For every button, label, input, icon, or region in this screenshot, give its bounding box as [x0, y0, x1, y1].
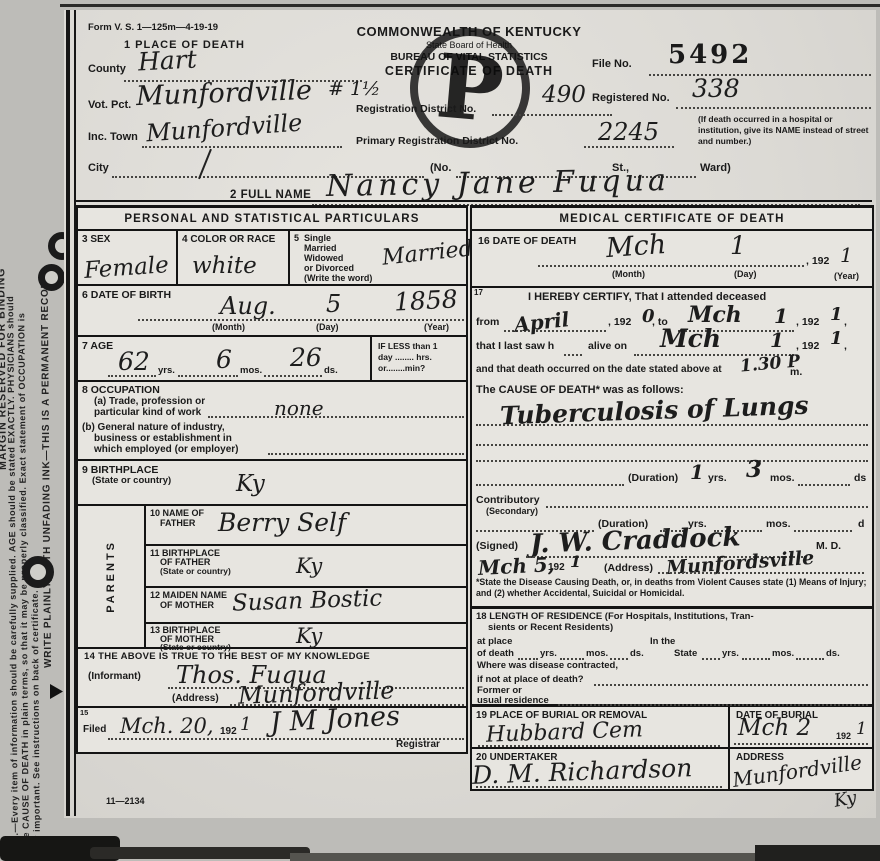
undertaker-cell: 20 UNDERTAKER D. M. Richardson — [472, 749, 730, 789]
p-stamp-letter: P — [433, 33, 508, 142]
father-bp-label3: (State or country) — [160, 566, 231, 576]
to-year-printed: , 192 — [796, 316, 819, 328]
to-year-value: 1 — [830, 304, 843, 325]
vot-pct-value: Munfordville — [136, 75, 313, 112]
dob-label: 6 DATE OF BIRTH — [82, 289, 171, 301]
dotted-line — [476, 444, 868, 446]
res-ds2: ds. — [826, 648, 840, 659]
sex-value: Female — [83, 252, 169, 284]
left-border-rule — [66, 10, 70, 816]
father-birthplace-row: 11 BIRTHPLACE OF FATHER (State or countr… — [146, 546, 466, 588]
mother-name-value: Susan Bostic — [232, 585, 383, 616]
residence-label2: sients or Recent Residents) — [488, 622, 613, 633]
marital-no: 5 — [294, 233, 299, 243]
occupation-b-line1: (b) General nature of industry, — [82, 422, 225, 433]
age-divider — [370, 337, 372, 382]
burial-date-cell: DATE OF BURIAL Mch 2 192 1 — [730, 707, 872, 747]
dob-day-caption: (Day) — [316, 322, 339, 332]
comma: , — [844, 316, 847, 328]
signed-year-value: 1 — [570, 552, 581, 571]
dotted-line — [476, 786, 722, 788]
occupation-a-line1: (a) Trade, profession or — [94, 396, 205, 407]
dob-day-value: 5 — [326, 290, 341, 318]
registered-no-value: 338 — [692, 74, 740, 103]
dod-year-printed: , 192 — [806, 255, 829, 267]
dotted-line — [734, 743, 868, 745]
burial-date-value: Mch 2 — [738, 715, 811, 741]
punch-hole — [38, 264, 65, 291]
at-place-label: at place — [477, 636, 512, 647]
res-yrs2: yrs. — [722, 648, 739, 659]
dotted-line — [476, 424, 868, 426]
occupation-b-line2: business or establishment in — [94, 433, 232, 444]
county-value: Hart — [137, 44, 197, 76]
filed-year-printed: 192 — [220, 726, 237, 737]
file-no-value: 5492 — [668, 40, 752, 70]
dotted-line — [546, 506, 868, 508]
in-the-label: In the — [650, 636, 675, 647]
dotted-line — [798, 484, 850, 486]
duration-months-value: 3 — [746, 456, 762, 483]
secondary-label: (Secondary) — [486, 506, 538, 516]
from-label: from — [476, 316, 499, 328]
dotted-line — [142, 146, 342, 148]
filed-date-value: Mch. 20, — [120, 714, 214, 738]
informant-label: (Informant) — [88, 671, 141, 682]
dotted-line — [594, 684, 868, 686]
personal-title: PERSONAL AND STATISTICAL PARTICULARS — [78, 208, 466, 231]
mother-name-label1: 12 MAIDEN NAME — [150, 590, 227, 600]
dotted-line — [476, 484, 624, 486]
res-mos2: mos. — [772, 648, 794, 659]
age-months-caption: mos. — [240, 365, 262, 376]
medical-column: MEDICAL CERTIFICATE OF DEATH 16 DATE OF … — [470, 205, 874, 791]
margin-write-plainly-note: WRITE PLAINLY, WITH UNFADING INK—THIS IS… — [40, 272, 54, 668]
signed-label: (Signed) — [476, 540, 518, 552]
duration-months-caption: mos. — [770, 472, 795, 484]
row-residence: 18 LENGTH OF RESIDENCE (For Hospitals, I… — [472, 609, 872, 706]
burial-year-value: 1 — [856, 719, 867, 739]
age-years-caption: yrs. — [158, 365, 175, 376]
table-top-rule — [76, 200, 872, 202]
res-mos1: mos. — [586, 648, 608, 659]
row-occupation: 8 OCCUPATION (a) Trade, profession or pa… — [78, 382, 466, 461]
from-year-printed: , 192 — [608, 316, 631, 328]
last-saw-label: that I last saw h — [476, 340, 554, 352]
registered-no-label: Registered No. — [592, 92, 670, 104]
form-code: 11—2134 — [106, 796, 145, 806]
row-birthplace: 9 BIRTHPLACE (State or country) Ky — [78, 461, 466, 506]
burial-place-value: Hubbard Cem — [486, 717, 644, 747]
mother-bp-value: Ky — [296, 624, 322, 648]
age-years-value: 62 — [118, 347, 150, 376]
registration-district-label: Registration District No. — [356, 103, 476, 115]
dotted-line — [138, 319, 464, 321]
alive-on-label: alive on — [588, 340, 627, 352]
duration-days-caption: ds — [854, 472, 866, 484]
parents-side-label-cell: PARENTS — [78, 506, 146, 647]
res-ds1: ds. — [630, 648, 644, 659]
duration2-days-caption: d — [858, 518, 864, 530]
cause-footnote: *State the Disease Causing Death, or, in… — [476, 577, 870, 598]
burial-year-printed: 192 — [836, 731, 851, 741]
cause-of-death-label: The CAUSE OF DEATH* was as follows: — [476, 384, 684, 396]
margin-nb-line3: very important. See instructions on back… — [30, 590, 42, 856]
signed-year-printed: 192 — [548, 562, 565, 573]
certify-block: 17 I HEREBY CERTIFY, That I attended dec… — [472, 288, 872, 575]
residence-label1: 18 LENGTH OF RESIDENCE (For Hospitals, I… — [476, 611, 754, 622]
dotted-line — [476, 460, 868, 462]
vot-pct-extra: # 1½ — [328, 78, 380, 100]
if-not-label: if not at place of death? — [477, 674, 584, 685]
dotted-line — [794, 530, 852, 532]
if-less-line2: day ........ hrs. — [378, 352, 432, 362]
father-name-label2: FATHER — [160, 518, 195, 528]
burial-place-cell: 19 PLACE OF BURIAL OR REMOVAL Hubbard Ce… — [472, 707, 730, 747]
main-table: PERSONAL AND STATISTICAL PARTICULARS 3 S… — [76, 205, 874, 791]
county-label: County — [88, 63, 126, 75]
duration-years-caption: yrs. — [708, 472, 727, 484]
last-saw-day-value: 1 — [770, 328, 784, 352]
filed-no: 15 — [80, 708, 88, 717]
contributory-label: Contributory — [476, 494, 540, 506]
primary-registration-label: Primary Registration District No. — [356, 135, 518, 147]
age-label: 7 AGE — [82, 340, 113, 352]
row-sex-race-marital: 3 SEX Female 4 COLOR OR RACE white 5 Sin… — [78, 231, 466, 286]
dod-day-caption: (Day) — [734, 269, 757, 279]
dod-month-value: Mch — [605, 229, 667, 264]
if-less-line3: or........min? — [378, 363, 425, 373]
certificate-sheet: Form V. S. 1—125m—4-19-19 1 PLACE OF DEA… — [64, 10, 876, 818]
birthplace-caption: (State or country) — [92, 475, 171, 486]
mother-name-row: 12 MAIDEN NAME OF MOTHER Susan Bostic — [146, 588, 466, 624]
scan-top-edge — [60, 4, 880, 7]
marital-cell: 5 Single Married Widowed or Divorced (Wr… — [290, 231, 466, 284]
file-no-label: File No. — [592, 58, 632, 70]
age-months-value: 6 — [216, 345, 232, 374]
registrar-label: Registrar — [396, 739, 440, 750]
dob-year-value: 1858 — [393, 284, 458, 316]
medical-title: MEDICAL CERTIFICATE OF DEATH — [472, 208, 872, 231]
undertaker-address-state: Ky — [832, 787, 858, 812]
last-saw-year-printed: , 192 — [796, 340, 819, 352]
death-occurred-label: and that death occurred on the date stat… — [476, 364, 722, 375]
row-date-of-death: 16 DATE OF DEATH Mch 1 , 192 1 (Month) (… — [472, 231, 872, 288]
dotted-line — [492, 114, 612, 116]
primary-registration-value: 2245 — [598, 118, 659, 146]
row-burial: 19 PLACE OF BURIAL OR REMOVAL Hubbard Ce… — [472, 706, 872, 749]
occupation-a-line2: particular kind of work — [94, 407, 201, 418]
dotted-line — [702, 658, 720, 660]
form-number: Form V. S. 1—125m—4-19-19 — [88, 22, 218, 33]
father-name-label1: 10 NAME OF — [150, 508, 204, 518]
dotted-line — [564, 354, 582, 356]
informant-address-label: (Address) — [172, 693, 219, 704]
dob-year-caption: (Year) — [424, 322, 449, 332]
row-age: 7 AGE 62 yrs. 6 mos. 26 ds. IF LESS than… — [78, 337, 466, 382]
dotted-line — [268, 453, 464, 455]
certify-no: 17 — [474, 288, 483, 297]
father-name-value: Berry Self — [218, 508, 346, 537]
race-value: white — [192, 253, 257, 279]
full-name-value: Nancy Jane Fuqua — [326, 163, 670, 204]
from-value: April — [513, 307, 570, 337]
dotted-line — [538, 265, 804, 267]
filed-label: Filed — [83, 724, 106, 735]
marital-caption: (Write the word) — [304, 273, 372, 283]
parents-side-label: PARENTS — [105, 540, 117, 613]
father-name-row: 10 NAME OF FATHER Berry Self — [146, 506, 466, 546]
marital-option-single: Single — [304, 233, 331, 243]
pen-stroke — [198, 149, 212, 179]
of-death-label: of death — [477, 648, 514, 659]
duration2-months-caption: mos. — [766, 518, 791, 530]
dotted-line — [658, 572, 864, 574]
duration-label: (Duration) — [628, 472, 678, 484]
dod-year-caption: (Year) — [834, 271, 859, 281]
signed-address-label: (Address) — [604, 562, 653, 574]
dotted-line — [584, 146, 674, 148]
birthplace-value: Ky — [236, 471, 265, 497]
parents-rows: 10 NAME OF FATHER Berry Self 11 BIRTHPLA… — [146, 506, 466, 647]
dod-month-caption: (Month) — [612, 269, 645, 279]
row-filed: 15 Filed Mch. 20, 192 1 J M Jones Regist… — [78, 708, 466, 752]
marital-option-widowed: Widowed — [304, 253, 343, 263]
dod-year-value: 1 — [840, 243, 853, 267]
dob-month-caption: (Month) — [212, 322, 245, 332]
death-time-m: m. — [790, 366, 802, 378]
undertaker-address-cell: ADDRESS Munfordville Ky — [730, 749, 872, 789]
filed-year-value: 1 — [240, 714, 251, 735]
inc-town-label: Inc. Town — [88, 131, 138, 143]
occupation-label: 8 OCCUPATION — [82, 384, 160, 396]
dotted-line — [676, 107, 871, 109]
sex-label: 3 SEX — [82, 234, 110, 245]
sex-cell: 3 SEX Female — [78, 231, 178, 284]
mother-name-label2: OF MOTHER — [160, 600, 214, 610]
scanned-death-certificate: MARGIN RESERVED FOR BINDING N. B.—Every … — [0, 0, 880, 861]
race-label: 4 COLOR OR RACE — [182, 234, 275, 245]
age-days-caption: ds. — [324, 365, 338, 376]
dotted-line — [178, 375, 238, 377]
scan-bottom-artifact — [90, 847, 310, 859]
row-date-of-birth: 6 DATE OF BIRTH Aug. 5 1858 (Month) (Day… — [78, 286, 466, 337]
dotted-line — [742, 658, 770, 660]
comma: , — [844, 340, 847, 352]
dotted-line — [108, 375, 156, 377]
dod-day-value: 1 — [730, 231, 746, 260]
inc-town-value: Munfordville — [145, 109, 303, 148]
age-days-value: 26 — [290, 343, 322, 372]
dotted-line — [208, 416, 464, 418]
vot-pct-label: Vot. Pct. — [88, 99, 131, 111]
dotted-line — [264, 375, 322, 377]
punch-hole — [22, 556, 54, 588]
dod-label: 16 DATE OF DEATH — [478, 235, 576, 247]
mother-birthplace-row: 13 BIRTHPLACE OF MOTHER (State or countr… — [146, 624, 466, 651]
scan-bottom-artifact — [290, 853, 780, 861]
father-bp-value: Ky — [296, 554, 322, 578]
registrar-signature: J M Jones — [269, 701, 400, 739]
cause-footnote-block: *State the Disease Causing Death, or, in… — [472, 575, 872, 609]
last-saw-month-value: Mch — [660, 324, 721, 353]
parents-block: PARENTS 10 NAME OF FATHER Berry Self 11 … — [78, 506, 466, 649]
marital-option-married: Married — [304, 243, 337, 253]
if-less-line1: IF LESS than 1 — [378, 341, 438, 351]
res-yrs1: yrs. — [540, 648, 557, 659]
scan-bottom-artifact — [755, 845, 880, 861]
where-contracted-label: Where was disease contracted, — [477, 660, 618, 671]
last-saw-year-value: 1 — [830, 328, 843, 349]
dotted-line — [649, 74, 871, 76]
dob-month-value: Aug. — [220, 292, 276, 320]
occupation-b-line3: which employed (or employer) — [94, 444, 238, 455]
md-suffix: M. D. — [816, 540, 841, 552]
race-cell: 4 COLOR OR RACE white — [178, 231, 290, 284]
personal-column: PERSONAL AND STATISTICAL PARTICULARS 3 S… — [76, 205, 468, 754]
hospital-note: (If death occurred in a hospital or inst… — [698, 114, 874, 147]
row-informant: 14 THE ABOVE IS TRUE TO THE BEST OF MY K… — [78, 649, 466, 708]
to-day-value: 1 — [774, 304, 788, 328]
city-label: City — [88, 162, 109, 174]
marital-option-divorced: or Divorced — [304, 263, 354, 273]
ink-blot-artifact — [50, 684, 63, 699]
ward-label: Ward) — [700, 162, 731, 174]
dotted-line — [796, 658, 824, 660]
marital-value: Married — [381, 236, 474, 270]
duration-years-value: 1 — [690, 460, 704, 484]
registration-district-value: 490 — [542, 82, 586, 108]
state-label: State — [674, 648, 697, 659]
usual-residence-label: usual residence — [477, 695, 549, 706]
row-undertaker: 20 UNDERTAKER D. M. Richardson ADDRESS M… — [472, 749, 872, 789]
dotted-line — [478, 745, 720, 747]
